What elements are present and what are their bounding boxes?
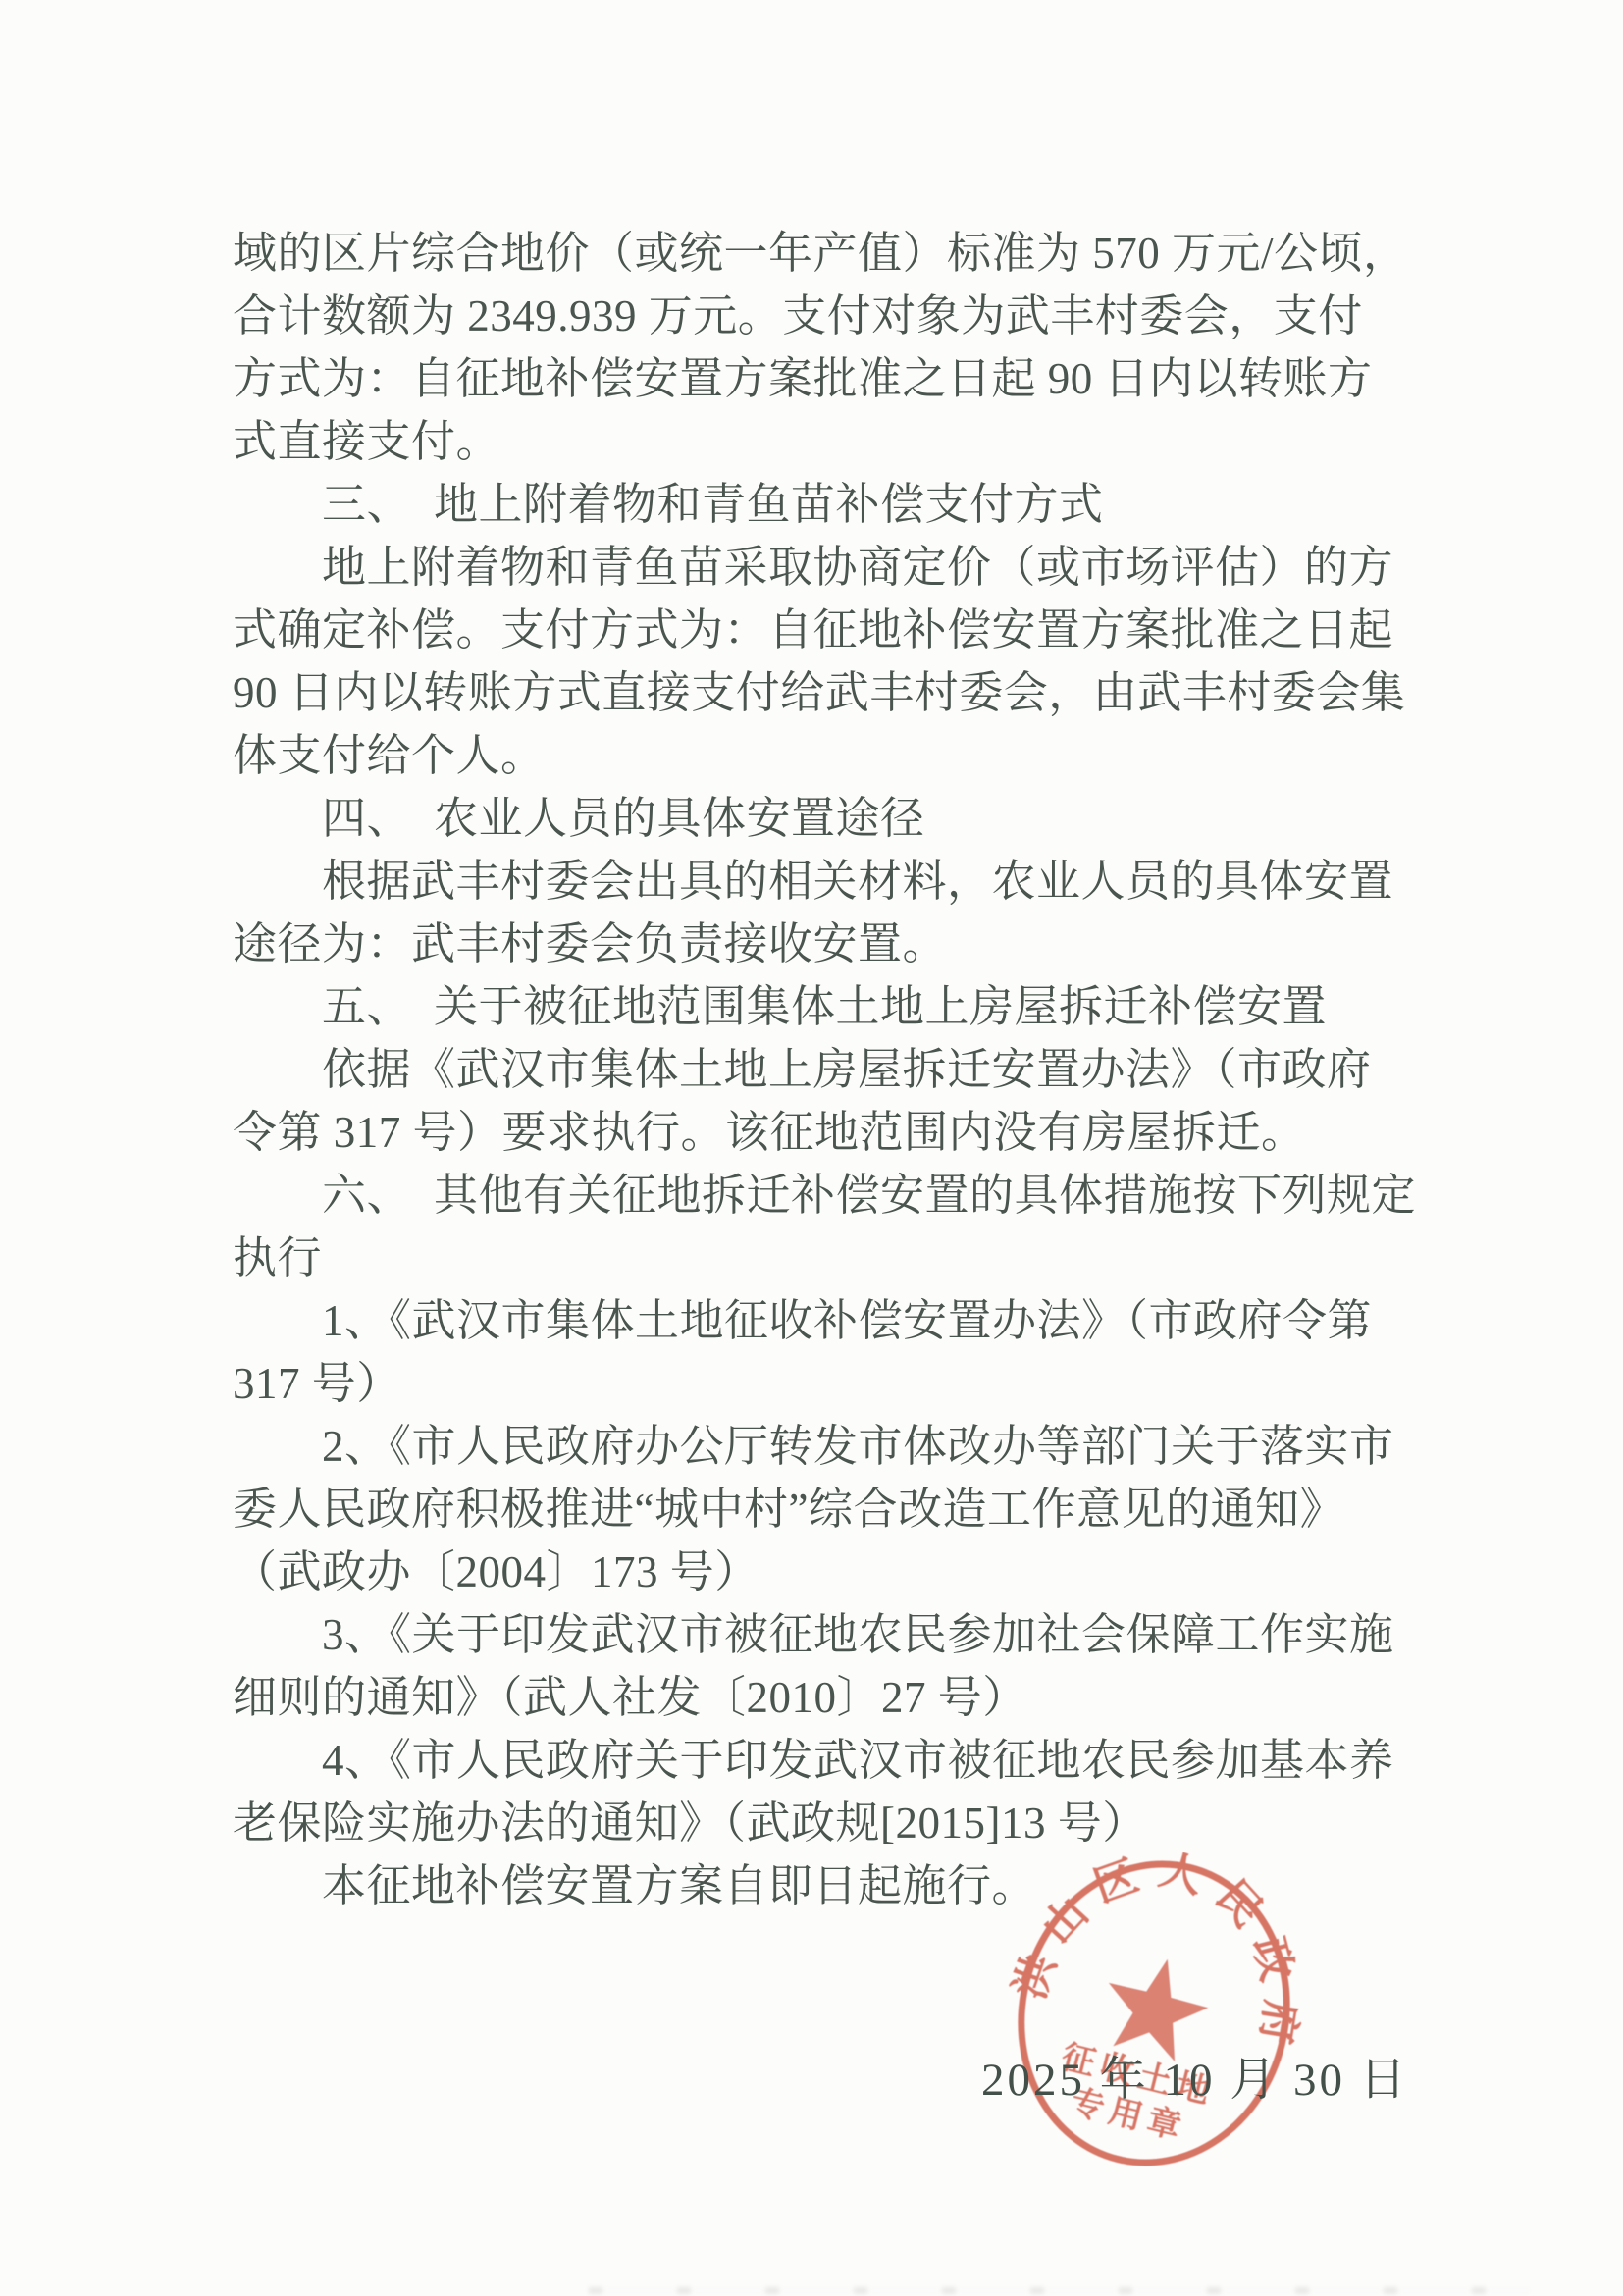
text-line: 式直接支付。 — [233, 410, 1425, 473]
text-line: 域的区片综合地价（或统一年产值）标准为 570 万元/公顷， — [233, 222, 1425, 285]
text-line: 委人民政府积极推进“城中村”综合改造工作意见的通知》 — [233, 1478, 1425, 1540]
document-page: 域的区片综合地价（或统一年产值）标准为 570 万元/公顷，合计数额为 2349… — [0, 0, 1623, 2296]
text-line: 90 日内以转账方式直接支付给武丰村委会，由武丰村委会集 — [233, 661, 1425, 724]
text-line: 4、《市人民政府关于印发武汉市被征地农民参加基本养 — [233, 1729, 1425, 1792]
text-line: （武政办〔2004〕173 号） — [233, 1540, 1425, 1603]
text-line: 方式为：自征地补偿安置方案批准之日起 90 日内以转账方 — [233, 347, 1425, 410]
text-line: 式确定补偿。支付方式为：自征地补偿安置方案批准之日起 — [233, 599, 1425, 661]
official-seal: 洪山区人民政府 征收土地 专用章 — [987, 1837, 1321, 2190]
seal-group: 洪山区人民政府 征收土地 专用章 — [987, 1837, 1321, 2190]
text-line: 细则的通知》（武人社发〔2010〕27 号） — [233, 1666, 1425, 1729]
text-line: 途径为：武丰村委会负责接收安置。 — [233, 913, 1425, 975]
text-line: 三、 地上附着物和青鱼苗补偿支付方式 — [233, 473, 1425, 536]
text-line: 依据《武汉市集体土地上房屋拆迁安置办法》（市政府 — [233, 1038, 1425, 1101]
text-line: 地上附着物和青鱼苗采取协商定价（或市场评估）的方 — [233, 536, 1425, 599]
text-line: 四、 农业人员的具体安置途径 — [233, 787, 1425, 850]
document-date: 2025 年 10 月 30 日 — [981, 2043, 1409, 2109]
text-line: 体支付给个人。 — [233, 724, 1425, 787]
text-line: 执行 — [233, 1226, 1425, 1289]
text-line: 根据武丰村委会出具的相关材料，农业人员的具体安置 — [233, 850, 1425, 913]
text-line: 1、《武汉市集体土地征收补偿安置办法》（市政府令第 — [233, 1289, 1425, 1352]
text-line: 令第 317 号）要求执行。该征地范围内没有房屋拆迁。 — [233, 1101, 1425, 1164]
text-line: 317 号） — [233, 1352, 1425, 1415]
text-line: 六、 其他有关征地拆迁补偿安置的具体措施按下列规定 — [233, 1164, 1425, 1226]
text-line: 合计数额为 2349.939 万元。支付对象为武丰村委会，支付 — [233, 285, 1425, 347]
text-line: 3、《关于印发武汉市被征地农民参加社会保障工作实施 — [233, 1603, 1425, 1666]
scan-artifact — [589, 2287, 1531, 2294]
text-line: 2、《市人民政府办公厅转发市体改办等部门关于落实市 — [233, 1415, 1425, 1478]
document-body: 域的区片综合地价（或统一年产值）标准为 570 万元/公顷，合计数额为 2349… — [233, 222, 1425, 1917]
text-line: 五、 关于被征地范围集体土地上房屋拆迁补偿安置 — [233, 975, 1425, 1038]
